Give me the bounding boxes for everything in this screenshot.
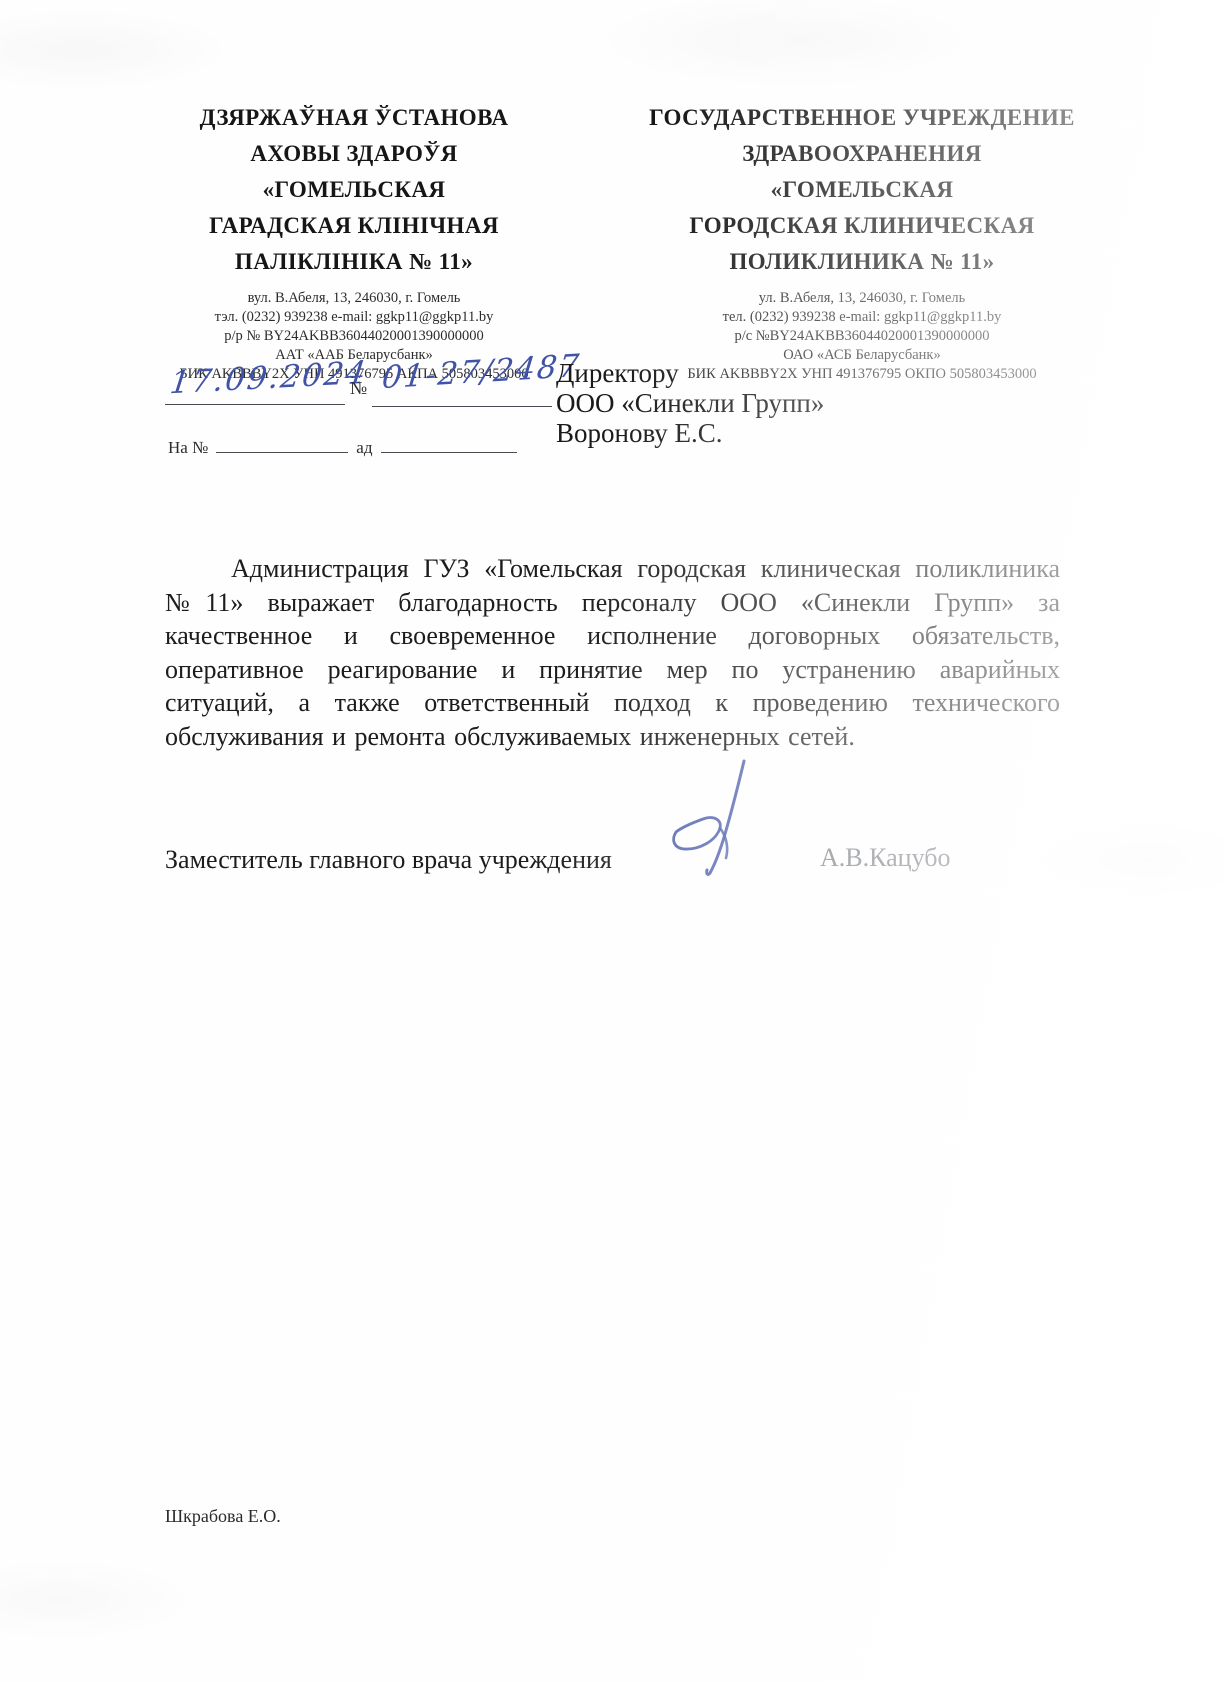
- letterhead-right-title: ГОСУДАРСТВЕННОЕ УЧРЕЖДЕНИЕ ЗДРАВООХРАНЕН…: [636, 100, 1088, 280]
- number-symbol: №: [350, 378, 367, 399]
- letterhead-left-title-line: «ГОМЕЛЬСКАЯ: [138, 172, 570, 208]
- recipient-position: Директору: [556, 358, 824, 388]
- recipient-block: Директору ООО «Синекли Групп» Воронову Е…: [556, 358, 824, 448]
- executor-name: Шкрабова Е.О.: [165, 1506, 281, 1527]
- letterhead-left-phone-email: тэл. (0232) 939238 e-mail: ggkp11@ggkp11…: [138, 308, 570, 327]
- letterhead-left-title-line: АХОВЫ ЗДАРОЎЯ: [138, 136, 570, 172]
- recipient-company: ООО «Синекли Групп»: [556, 388, 824, 418]
- letterhead-right: ГОСУДАРСТВЕННОЕ УЧРЕЖДЕНИЕ ЗДРАВООХРАНЕН…: [636, 100, 1088, 384]
- letterhead-left-title-line: ДЗЯРЖАЎНАЯ ЎСТАНОВА: [138, 100, 570, 136]
- reply-prefix-label: На №: [168, 438, 208, 458]
- date-line: [165, 404, 345, 405]
- letterhead-right-title-line: ГОРОДСКАЯ КЛИНИЧЕСКАЯ: [636, 208, 1088, 244]
- letterhead-left-title: ДЗЯРЖАЎНАЯ ЎСТАНОВА АХОВЫ ЗДАРОЎЯ «ГОМЕЛ…: [138, 100, 570, 280]
- letterhead-right-account: р/с №BY24AKBB36044020001390000000: [636, 327, 1088, 346]
- letter-body-paragraph: Администрация ГУЗ «Гомельская городская …: [165, 552, 1060, 753]
- letterhead-left-title-line: ГАРАДСКАЯ КЛІНІЧНАЯ: [138, 208, 570, 244]
- letterhead-left-account: р/р № BY24AKBB36044020001390000000: [138, 327, 570, 346]
- letterhead-right-address: ул. В.Абеля, 13, 246030, г. Гомель: [636, 289, 1088, 308]
- reply-number-blank: [216, 438, 348, 453]
- reply-connector-label: ад: [356, 438, 372, 458]
- handwritten-signature-icon: [668, 758, 772, 876]
- reply-date-blank: [381, 438, 517, 453]
- recipient-name: Воронову Е.С.: [556, 418, 824, 448]
- letterhead-right-phone-email: тел. (0232) 939238 e-mail: ggkp11@ggkp11…: [636, 308, 1088, 327]
- letterhead-left-title-line: ПАЛІКЛІНІКА № 11»: [138, 244, 570, 280]
- letterhead-right-title-line: «ГОМЕЛЬСКАЯ: [636, 172, 1088, 208]
- signatory-name: А.В.Кацубо: [820, 843, 950, 873]
- scanned-letter-page: ДЗЯРЖАЎНАЯ ЎСТАНОВА АХОВЫ ЗДАРОЎЯ «ГОМЕЛ…: [0, 0, 1224, 1682]
- number-line: [372, 406, 552, 407]
- letterhead-left: ДЗЯРЖАЎНАЯ ЎСТАНОВА АХОВЫ ЗДАРОЎЯ «ГОМЕЛ…: [138, 100, 570, 384]
- letterhead-right-title-line: ГОСУДАРСТВЕННОЕ УЧРЕЖДЕНИЕ: [636, 100, 1088, 136]
- signatory-position-title: Заместитель главного врача учреждения: [165, 845, 612, 875]
- reply-reference-row: На № ад: [168, 438, 517, 458]
- letterhead-left-address: вул. В.Абеля, 13, 246030, г. Гомель: [138, 289, 570, 308]
- letterhead-right-title-line: ЗДРАВООХРАНЕНИЯ: [636, 136, 1088, 172]
- letterhead-right-title-line: ПОЛИКЛИНИКА № 11»: [636, 244, 1088, 280]
